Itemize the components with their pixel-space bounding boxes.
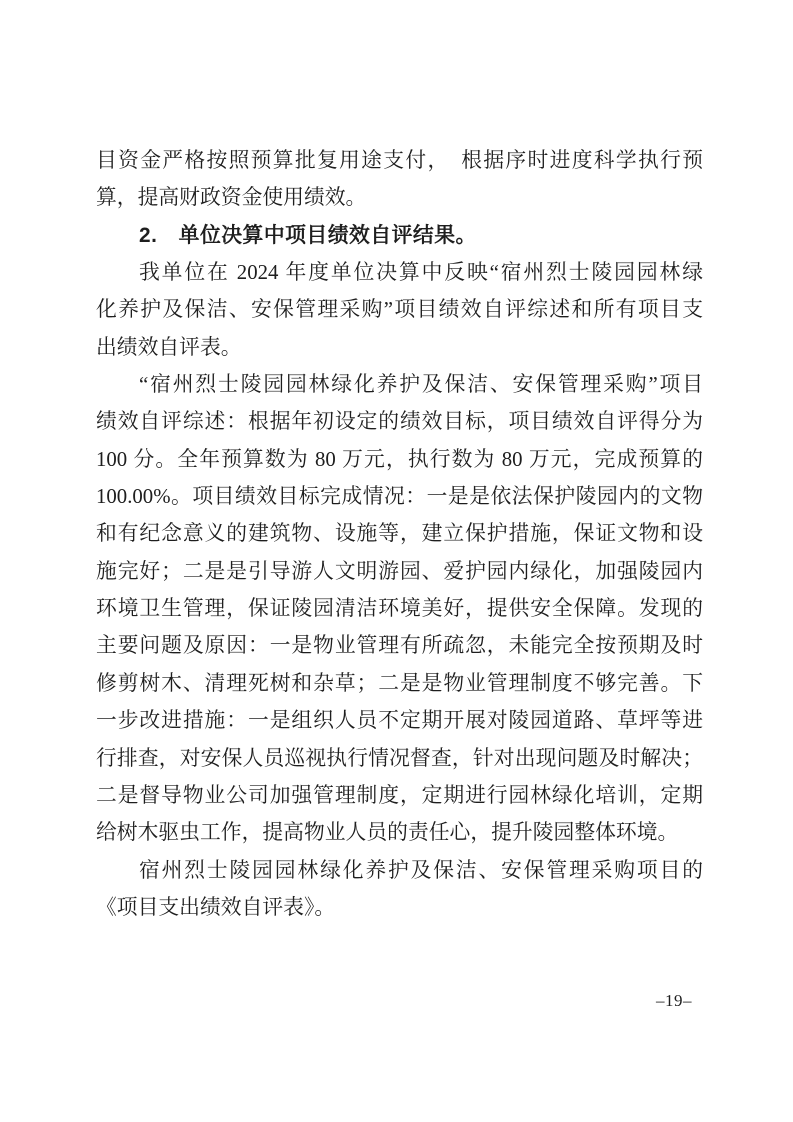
text-line: 化养护及保洁、安保管理采购”项目绩效自评综述和所有项目支 (96, 291, 703, 328)
text-line: 2. 单位决算中项目绩效自评结果。 (96, 217, 703, 254)
document-body: 目资金严格按照预算批复用途支付， 根据序时进度科学执行预算，提高财政资金使用绩效… (96, 142, 703, 926)
para-budget-payment-continued: 目资金严格按照预算批复用途支付， 根据序时进度科学执行预算，提高财政资金使用绩效… (96, 142, 703, 217)
text-line: 出绩效自评表。 (96, 329, 703, 366)
text-line: 给树木驱虫工作，提高物业人员的责任心，提升陵园整体环境。 (96, 814, 703, 851)
text-line: 一步改进措施：一是组织人员不定期开展对陵园道路、草坪等进 (96, 702, 703, 739)
page-number: –19– (648, 991, 700, 1011)
text-line: 绩效自评综述：根据年初设定的绩效目标，项目绩效自评得分为 (96, 403, 703, 440)
para-self-evaluation-table-reference: 宿州烈士陵园园林绿化养护及保洁、安保管理采购项目的《项目支出绩效自评表》。 (96, 852, 703, 927)
text-line: 主要问题及原因：一是物业管理有所疏忽，未能完全按预期及时 (96, 627, 703, 664)
text-line: “宿州烈士陵园园林绿化养护及保洁、安保管理采购”项目 (96, 366, 703, 403)
text-line: 二是督导物业公司加强管理制度，定期进行园林绿化培训，定期 (96, 777, 703, 814)
heading-project-self-evaluation-results: 2. 单位决算中项目绩效自评结果。 (96, 217, 703, 254)
text-line: 修剪树木、清理死树和杂草；二是是物业管理制度不够完善。下 (96, 665, 703, 702)
text-line: 目资金严格按照预算批复用途支付， 根据序时进度科学执行预 (96, 142, 703, 179)
text-line: 100 分。全年预算数为 80 万元，执行数为 80 万元，完成预算的 (96, 441, 703, 478)
text-line: 施完好；二是是引导游人文明游园、爱护园内绿化，加强陵园内 (96, 553, 703, 590)
text-line: 我单位在 2024 年度单位决算中反映“宿州烈士陵园园林绿 (96, 254, 703, 291)
text-line: 行排查，对安保人员巡视执行情况督查，针对出现问题及时解决； (96, 740, 703, 777)
text-line: 环境卫生管理，保证陵园清洁环境美好，提供安全保障。发现的 (96, 590, 703, 627)
text-line: 100.00%。项目绩效目标完成情况：一是是依法保护陵园内的文物 (96, 478, 703, 515)
text-line: 算，提高财政资金使用绩效。 (96, 179, 703, 216)
text-line: 和有纪念意义的建筑物、设施等，建立保护措施，保证文物和设 (96, 515, 703, 552)
text-line: 宿州烈士陵园园林绿化养护及保洁、安保管理采购项目的 (96, 852, 703, 889)
para-final-accounts-reflection: 我单位在 2024 年度单位决算中反映“宿州烈士陵园园林绿化养护及保洁、安保管理… (96, 254, 703, 366)
para-self-evaluation-summary: “宿州烈士陵园园林绿化养护及保洁、安保管理采购”项目绩效自评综述：根据年初设定的… (96, 366, 703, 851)
document-page: 目资金严格按照预算批复用途支付， 根据序时进度科学执行预算，提高财政资金使用绩效… (0, 0, 793, 1122)
text-line: 《项目支出绩效自评表》。 (96, 889, 703, 926)
